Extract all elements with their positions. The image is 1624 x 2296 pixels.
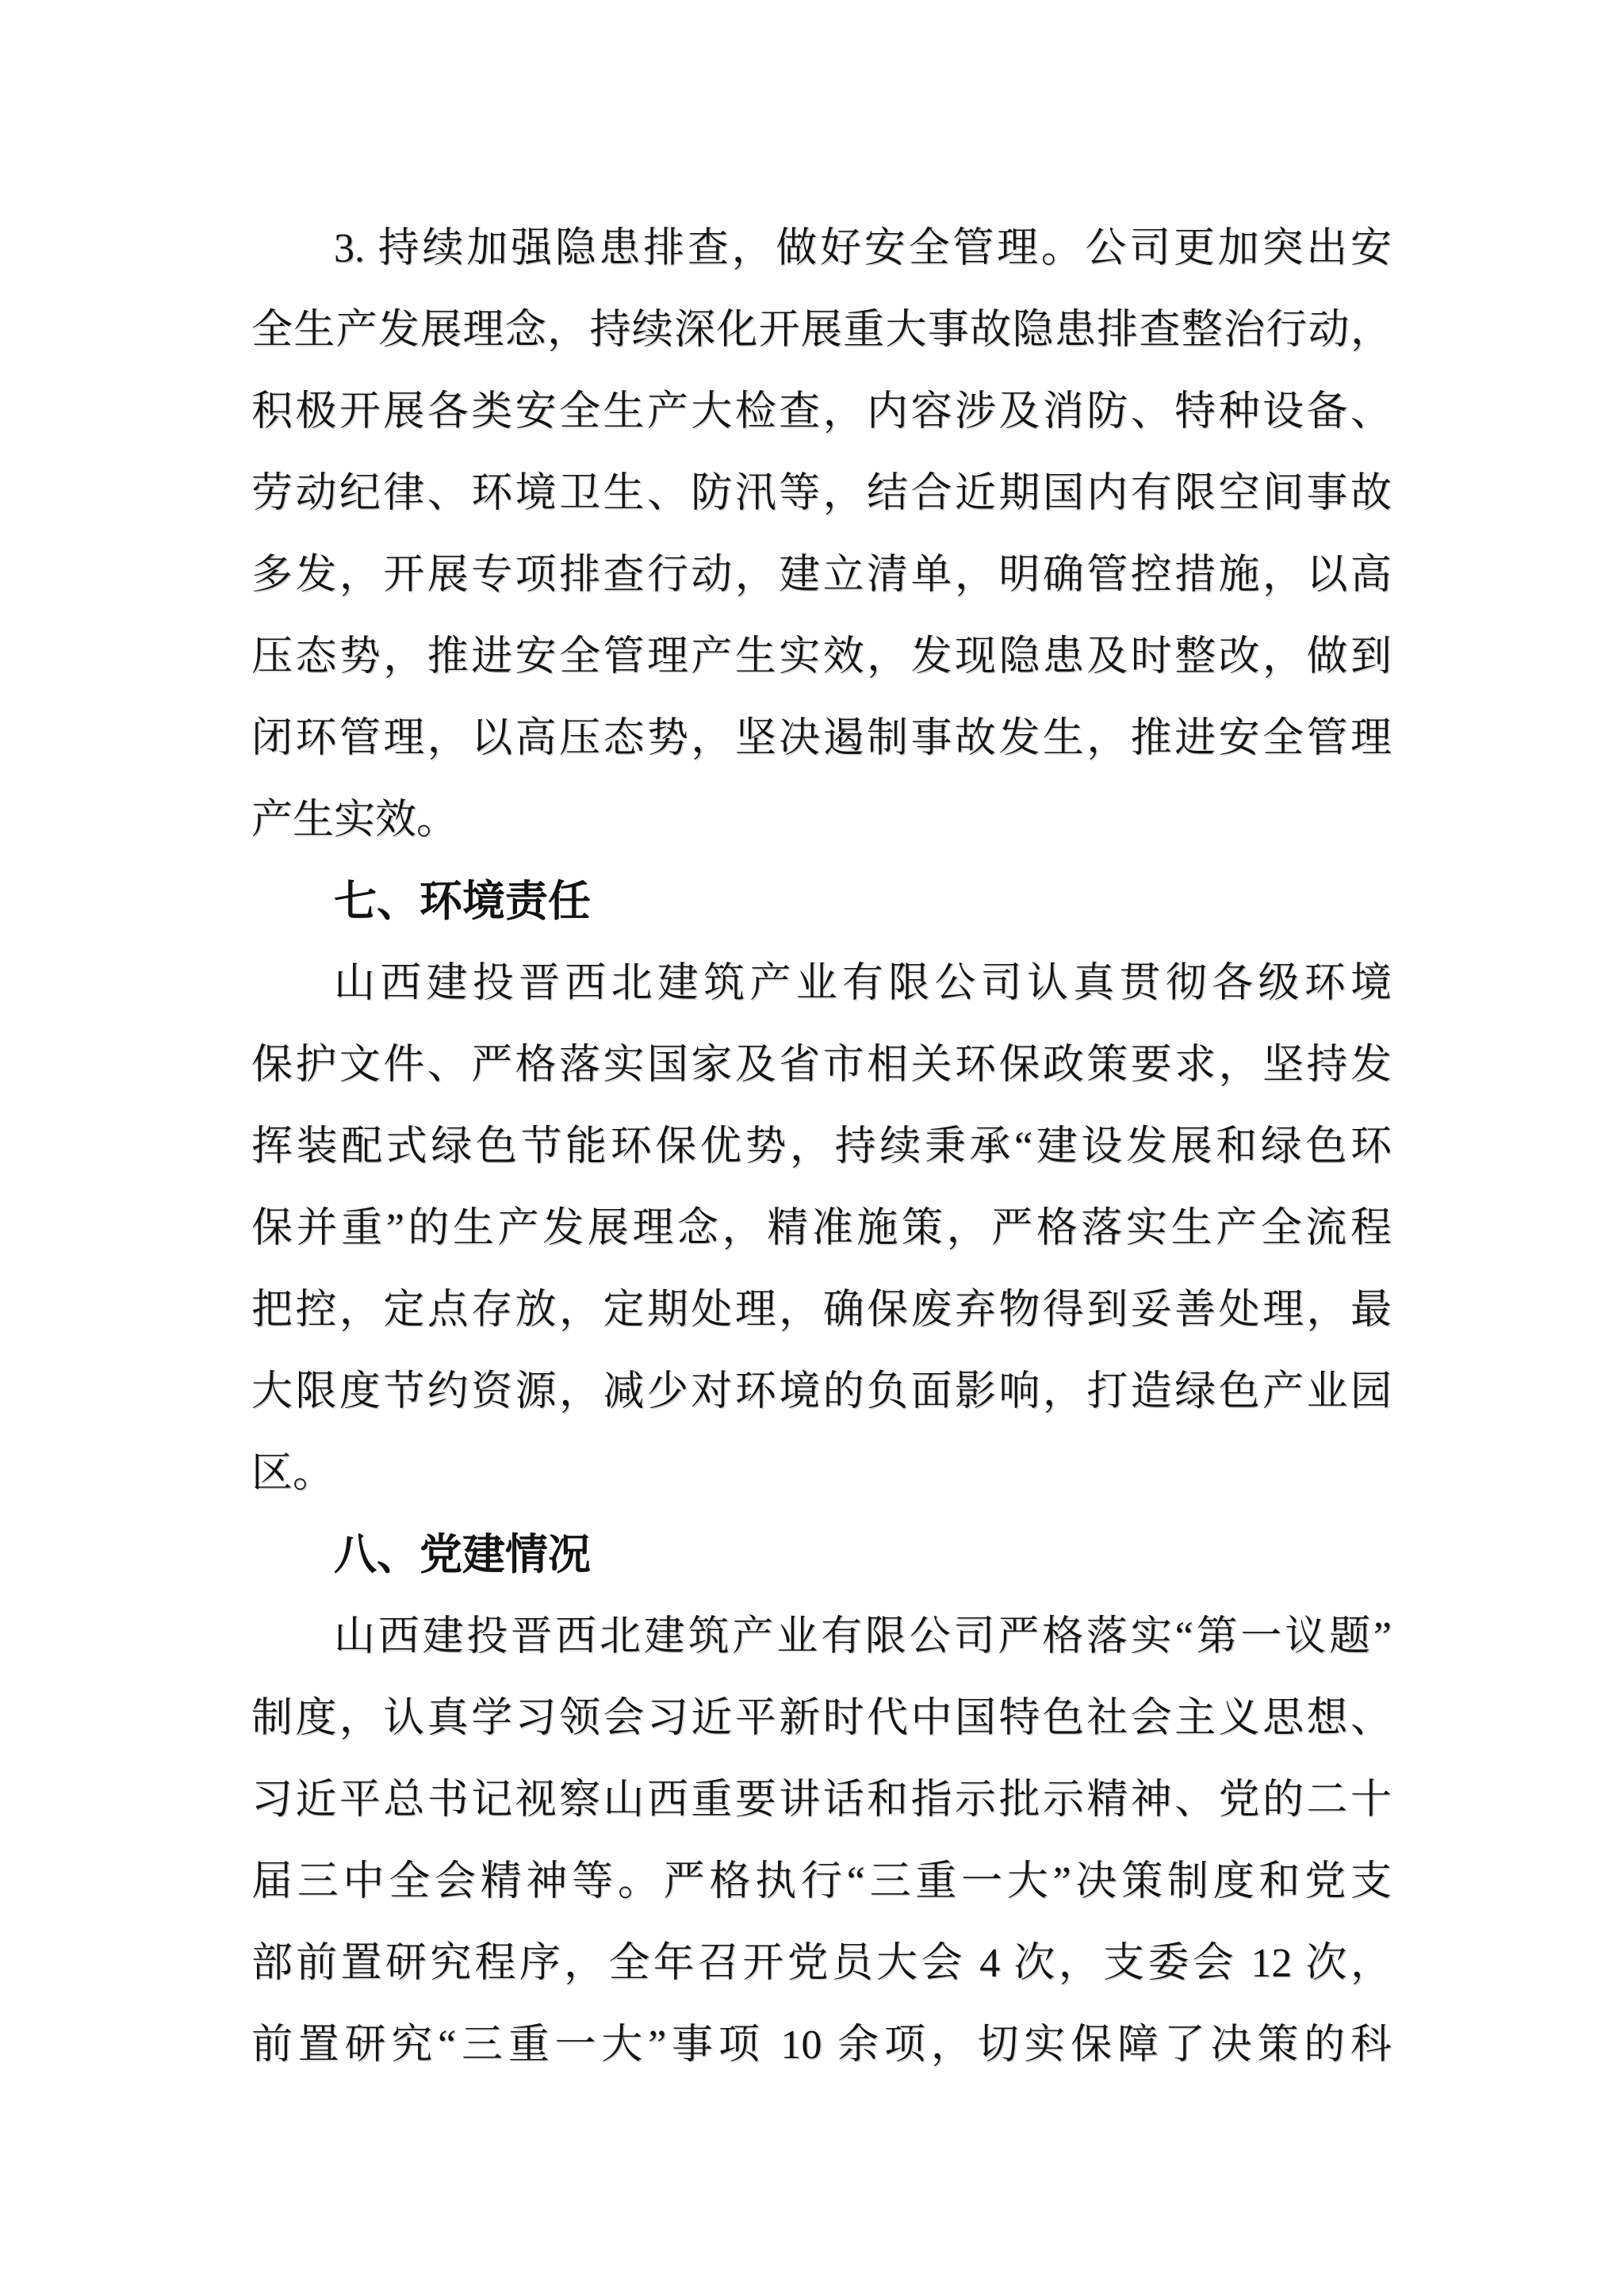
text-line: 区。 xyxy=(251,1433,1392,1514)
text-line: 积极开展各类安全生产大检查，内容涉及消防、特种设备、 xyxy=(251,371,1392,453)
text-line: 多发，开展专项排查行动，建立清单，明确管控措施，以高 xyxy=(251,534,1392,616)
text-line: 保护文件、严格落实国家及省市相关环保政策要求，坚持发 xyxy=(251,1024,1392,1106)
text-line: 3. 持续加强隐患排查，做好安全管理。公司更加突出安 xyxy=(251,208,1392,289)
section-heading-environment: 七、环境责任 xyxy=(251,861,1392,943)
text-line: 劳动纪律、环境卫生、防汛等，结合近期国内有限空间事故 xyxy=(251,453,1392,534)
text-line: 大限度节约资源，减少对环境的负面影响，打造绿色产业园 xyxy=(251,1351,1392,1433)
document-text: 3. 持续加强隐患排查，做好安全管理。公司更加突出安 全生产发展理念，持续深化开… xyxy=(251,208,1392,2086)
text-line: 习近平总书记视察山西重要讲话和指示批示精神、党的二十 xyxy=(251,1759,1392,1841)
text-line: 山西建投晋西北建筑产业有限公司严格落实“第一议题” xyxy=(251,1596,1392,1678)
text-line: 产生实效。 xyxy=(251,779,1392,861)
text-line: 山西建投晋西北建筑产业有限公司认真贯彻各级环境 xyxy=(251,943,1392,1024)
text-line: 保并重”的生产发展理念，精准施策，严格落实生产全流程 xyxy=(251,1188,1392,1269)
section-heading-party-building: 八、党建情况 xyxy=(251,1514,1392,1596)
text-line: 闭环管理，以高压态势，坚决遏制事故发生，推进安全管理 xyxy=(251,698,1392,779)
text-line: 部前置研究程序，全年召开党员大会 4 次，支委会 12 次， xyxy=(251,1923,1392,2004)
text-line: 压态势，推进安全管理产生实效，发现隐患及时整改，做到 xyxy=(251,616,1392,698)
text-line: 制度，认真学习领会习近平新时代中国特色社会主义思想、 xyxy=(251,1678,1392,1759)
text-line: 全生产发展理念，持续深化开展重大事故隐患排查整治行动， xyxy=(251,289,1392,371)
text-line: 届三中全会精神等。严格执行“三重一大”决策制度和党支 xyxy=(251,1841,1392,1923)
text-line: 把控，定点存放，定期处理，确保废弃物得到妥善处理，最 xyxy=(251,1269,1392,1351)
text-line: 前置研究“三重一大”事项 10 余项，切实保障了决策的科 xyxy=(251,2004,1392,2086)
document-page: 3. 持续加强隐患排查，做好安全管理。公司更加突出安 全生产发展理念，持续深化开… xyxy=(0,0,1624,2296)
text-line: 挥装配式绿色节能环保优势，持续秉承“建设发展和绿色环 xyxy=(251,1106,1392,1188)
